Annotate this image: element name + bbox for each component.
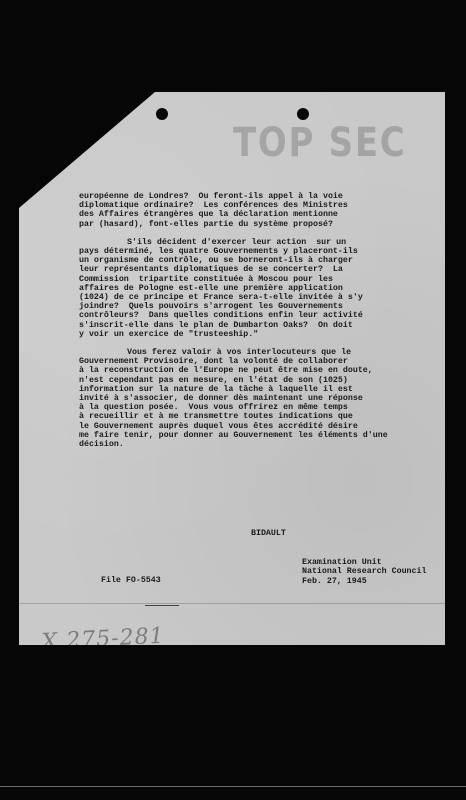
paragraph-1: européenne de Londres? Ou feront-ils app…	[79, 192, 419, 229]
signature: BIDAULT	[251, 529, 286, 538]
scan-frame: TOP SEC européenne de Londres? Ou feront…	[0, 0, 466, 800]
examination-unit-block: Examination Unit National Research Counc…	[302, 558, 426, 586]
film-edge-line	[0, 786, 466, 787]
punch-hole-icon	[156, 108, 168, 120]
paragraph-2: S'ils décident d'exercer leur action sur…	[79, 238, 419, 339]
exam-council-line: National Research Council	[302, 567, 426, 576]
exam-unit-line: Examination Unit	[302, 558, 426, 567]
letter-body: européenne de Londres? Ou feront-ils app…	[79, 192, 419, 458]
divider-line	[19, 603, 445, 604]
file-number: File FO-5543	[101, 576, 161, 585]
exam-date-line: Feb. 27, 1945	[302, 577, 426, 586]
paragraph-3: Vous ferez valoir à vos interlocuteurs q…	[79, 348, 419, 449]
document-page: TOP SEC européenne de Londres? Ou feront…	[19, 92, 445, 645]
punch-hole-icon	[297, 108, 309, 120]
pencil-mark	[145, 605, 179, 606]
handwritten-note: X 275-281	[41, 624, 165, 655]
classification-stamp: TOP SEC	[233, 120, 406, 166]
